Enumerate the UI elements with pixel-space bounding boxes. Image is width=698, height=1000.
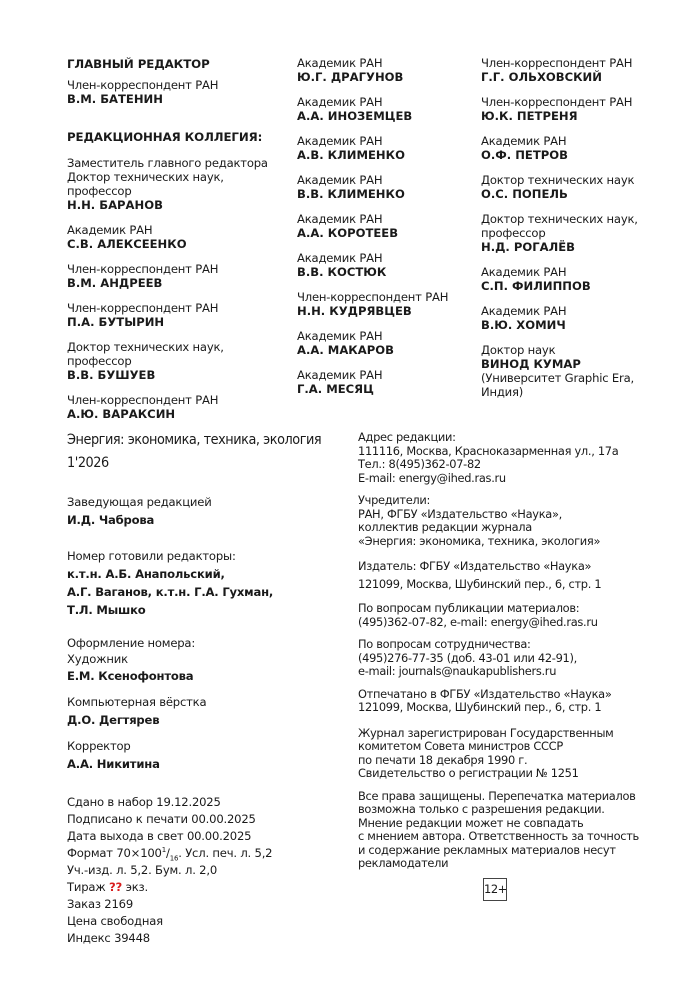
rights-block: Все права защищены. Перепечатка материал… — [358, 790, 678, 871]
text-line: по печати 18 декабря 1990 г. — [358, 754, 678, 768]
member-name: Г.А. МЕСЯЦ — [297, 382, 477, 396]
member-title: Академик РАН — [297, 95, 477, 109]
member-name: П.А. БУТЫРИН — [67, 315, 292, 329]
publisher-block: Издатель: ФГБУ «Издательство «Наука»1210… — [358, 557, 678, 593]
head-of-office-block: Заведующая редакцией И.Д. Чаброва — [67, 493, 347, 529]
imprint-index: Индекс 39448 — [67, 930, 347, 947]
chief-editor-role: Член-корреспондент РАН — [67, 78, 292, 92]
board-member: Заместитель главного редактораДоктор тех… — [67, 156, 292, 212]
member-title: Член-корреспондент РАН — [67, 301, 292, 315]
cooperation-contacts-block: По вопросам сотрудничества:(495)276-77-3… — [358, 638, 678, 679]
text-line: E-mail: energy@ihed.ras.ru — [358, 472, 678, 486]
text-line: РАН, ФГБУ «Издательство «Наука», — [358, 508, 678, 522]
board-member: Академик РАНА.А. МАКАРОВ — [297, 329, 477, 357]
member-title: профессор — [481, 226, 681, 240]
head-of-office-name: И.Д. Чаброва — [67, 511, 347, 529]
text-line: рекламодатели — [358, 857, 678, 871]
text-line: Отпечатано в ФГБУ «Издательство «Наука» — [358, 688, 678, 702]
board-member: Академик РАНГ.А. МЕСЯЦ — [297, 368, 477, 396]
member-name: В.В. КОСТЮК — [297, 265, 477, 279]
imprint-format: Формат 70×1001/16. Усл. печ. л. 5,2 — [67, 845, 347, 862]
board-members-list-1: Заместитель главного редактораДоктор тех… — [67, 156, 292, 421]
member-name: Ю.Г. ДРАГУНОВ — [297, 70, 477, 84]
registration-block: Журнал зарегистрирован Государственнымко… — [358, 727, 678, 781]
board-member: Доктор технических наук,профессорН.Д. РО… — [481, 212, 681, 254]
editors-line: Т.Л. Мышко — [67, 601, 347, 619]
member-title: Член-корреспондент РАН — [481, 95, 681, 109]
board-member: Доктор технических наук,профессорВ.В. БУ… — [67, 340, 292, 382]
text-line: Мнение редакции может не совпадать — [358, 817, 678, 831]
board-member: Член-корреспондент РАНП.А. БУТЫРИН — [67, 301, 292, 329]
member-title: Член-корреспондент РАН — [297, 290, 477, 304]
imprint-block: Сдано в набор 19.12.2025 Подписано к печ… — [67, 794, 347, 947]
member-title: Член-корреспондент РАН — [67, 393, 292, 407]
board-member: Академик РАНА.В. КЛИМЕНКО — [297, 134, 477, 162]
text-line: Свидетельство о регистрации № 1251 — [358, 767, 678, 781]
member-affiliation: (Университет Graphic Era, — [481, 371, 681, 385]
layout-name: Д.О. Дегтярев — [67, 711, 347, 729]
member-name: О.Ф. ПЕТРОВ — [481, 148, 681, 162]
member-name: В.В. КЛИМЕНКО — [297, 187, 477, 201]
board-member: Академик РАНЮ.Г. ДРАГУНОВ — [297, 56, 477, 84]
member-name: А.В. КЛИМЕНКО — [297, 148, 477, 162]
member-title: Доктор наук — [481, 343, 681, 357]
member-name: Г.Г. ОЛЬХОВСКИЙ — [481, 70, 681, 84]
member-name: С.П. ФИЛИППОВ — [481, 279, 681, 293]
imprint-signed: Подписано к печати 00.00.2025 — [67, 811, 347, 828]
editorial-column-2: Академик РАНЮ.Г. ДРАГУНОВАкадемик РАНА.А… — [297, 56, 477, 407]
board-member: Академик РАНС.П. ФИЛИППОВ — [481, 265, 681, 293]
proofreader-label: Корректор — [67, 737, 347, 755]
imprint-order: Заказ 2169 — [67, 896, 347, 913]
publication-contacts-block: По вопросам публикации материалов:(495)3… — [358, 602, 678, 629]
text-line: Учредители: — [358, 494, 678, 508]
board-member: Академик РАНВ.В. КОСТЮК — [297, 251, 477, 279]
member-title: Доктор технических наук, — [481, 212, 681, 226]
text-line: «Энергия: экономика, техника, экология» — [358, 535, 678, 549]
text-line: коллектив редакции журнала — [358, 521, 678, 535]
editorial-board-heading: РЕДАКЦИОННАЯ КОЛЛЕГИЯ: — [67, 130, 292, 144]
member-name: Н.Д. РОГАЛЁВ — [481, 240, 681, 254]
text-line: Тел.: 8(495)362-07-82 — [358, 458, 678, 472]
member-title: профессор — [67, 184, 292, 198]
editors-label: Номер готовили редакторы: — [67, 547, 347, 565]
design-label: Оформление номера: — [67, 635, 347, 651]
editorial-column-1: ГЛАВНЫЙ РЕДАКТОР Член-корреспондент РАН … — [67, 57, 292, 432]
artist-name: Е.М. Ксенофонтова — [67, 667, 347, 685]
editors-line: к.т.н. А.Б. Анапольский, — [67, 565, 347, 583]
member-name: С.В. АЛЕКСЕЕНКО — [67, 237, 292, 251]
member-name: ВИНОД КУМАР — [481, 357, 681, 371]
journal-title-block: Энергия: экономика, техника, экология 1'… — [67, 429, 325, 475]
editors-block: Номер готовили редакторы: к.т.н. А.Б. Ан… — [67, 547, 347, 619]
head-of-office-label: Заведующая редакцией — [67, 493, 347, 511]
member-title: Академик РАН — [297, 251, 477, 265]
member-title: Академик РАН — [297, 329, 477, 343]
artist-label: Художник — [67, 651, 347, 667]
chief-editor-block: ГЛАВНЫЙ РЕДАКТОР Член-корреспондент РАН … — [67, 57, 292, 106]
member-name: Н.Н. БАРАНОВ — [67, 198, 292, 212]
chief-editor-heading: ГЛАВНЫЙ РЕДАКТОР — [67, 57, 292, 71]
member-affiliation: Индия) — [481, 385, 681, 399]
proofreader-block: Корректор А.А. Никитина — [67, 737, 347, 773]
chief-editor-name: В.М. БАТЕНИН — [67, 92, 292, 106]
member-title: Академик РАН — [297, 173, 477, 187]
board-member: Член-корреспондент РАНГ.Г. ОЛЬХОВСКИЙ — [481, 56, 681, 84]
member-title: Академик РАН — [481, 134, 681, 148]
editors-line: А.Г. Ваганов, к.т.н. Г.А. Гухман, — [67, 583, 347, 601]
contacts-column: Адрес редакции:111116, Москва, Красноказ… — [358, 431, 678, 880]
text-line: По вопросам сотрудничества: — [358, 638, 678, 652]
text-line: Все права защищены. Перепечатка материал… — [358, 790, 678, 804]
text-line: комитетом Совета министров СССР — [358, 740, 678, 754]
age-rating-badge: 12+ — [483, 878, 507, 901]
member-name: В.В. БУШУЕВ — [67, 368, 292, 382]
text-line: Журнал зарегистрирован Государственным — [358, 727, 678, 741]
member-title: Доктор технических наук, — [67, 170, 292, 184]
member-title: Доктор технических наук, — [67, 340, 292, 354]
member-name: А.Ю. ВАРАКСИН — [67, 407, 292, 421]
board-member: Академик РАНА.А. ИНОЗЕМЦЕВ — [297, 95, 477, 123]
member-title: Академик РАН — [481, 265, 681, 279]
member-name: А.А. МАКАРОВ — [297, 343, 477, 357]
member-name: В.Ю. ХОМИЧ — [481, 318, 681, 332]
board-member: Член-корреспондент РАНН.Н. КУДРЯВЦЕВ — [297, 290, 477, 318]
text-line: 121099, Москва, Шубинский пер., 6, стр. … — [358, 575, 678, 593]
editorial-column-3: Член-корреспондент РАНГ.Г. ОЛЬХОВСКИЙЧле… — [481, 56, 681, 410]
journal-info: Энергия: экономика, техника, экология 1'… — [67, 429, 347, 947]
text-line: с мнением автора. Ответственность за точ… — [358, 830, 678, 844]
member-title: Академик РАН — [297, 368, 477, 382]
member-title: профессор — [67, 354, 292, 368]
board-member: Академик РАНС.В. АЛЕКСЕЕНКО — [67, 223, 292, 251]
member-title: Академик РАН — [297, 212, 477, 226]
member-name: А.А. КОРОТЕЕВ — [297, 226, 477, 240]
journal-issue: 1'2026 — [67, 452, 325, 475]
text-line: 121099, Москва, Шубинский пер., 6, стр. … — [358, 701, 678, 715]
member-name: Н.Н. КУДРЯВЦЕВ — [297, 304, 477, 318]
board-member: Член-корреспондент РАНВ.М. АНДРЕЕВ — [67, 262, 292, 290]
board-member: Академик РАНА.А. КОРОТЕЕВ — [297, 212, 477, 240]
board-member: Доктор технических наукО.С. ПОПЕЛЬ — [481, 173, 681, 201]
member-title: Академик РАН — [297, 134, 477, 148]
layout-label: Компьютерная вёрстка — [67, 693, 347, 711]
imprint-release: Дата выхода в свет 00.00.2025 — [67, 828, 347, 845]
imprint-sheets: Уч.-изд. л. 5,2. Бум. л. 2,0 — [67, 862, 347, 879]
imprint-typeset: Сдано в набор 19.12.2025 — [67, 794, 347, 811]
board-member: Академик РАНВ.В. КЛИМЕНКО — [297, 173, 477, 201]
editorial-address-block: Адрес редакции:111116, Москва, Красноказ… — [358, 431, 678, 485]
board-member: Член-корреспондент РАНЮ.К. ПЕТРЕНЯ — [481, 95, 681, 123]
imprint-print-run: Тираж ?? экз. — [67, 879, 347, 896]
member-title: Член-корреспондент РАН — [67, 262, 292, 276]
imprint-price: Цена свободная — [67, 913, 347, 930]
member-name: В.М. АНДРЕЕВ — [67, 276, 292, 290]
board-member: Член-корреспондент РАНА.Ю. ВАРАКСИН — [67, 393, 292, 421]
board-member: Академик РАНВ.Ю. ХОМИЧ — [481, 304, 681, 332]
text-line: и содержание рекламных материалов несут — [358, 844, 678, 858]
member-title: Академик РАН — [67, 223, 292, 237]
member-name: О.С. ПОПЕЛЬ — [481, 187, 681, 201]
board-members-list-3: Член-корреспондент РАНГ.Г. ОЛЬХОВСКИЙЧле… — [481, 56, 681, 399]
proofreader-name: А.А. Никитина — [67, 755, 347, 773]
founders-block: Учредители:РАН, ФГБУ «Издательство «Наук… — [358, 494, 678, 548]
text-line: Издатель: ФГБУ «Издательство «Наука» — [358, 557, 678, 575]
board-member: Доктор наукВИНОД КУМАР(Университет Graph… — [481, 343, 681, 399]
text-line: (495)362-07-82, e-mail: energy@ihed.ras.… — [358, 616, 678, 630]
text-line: e-mail: journals@naukapublishers.ru — [358, 665, 678, 679]
text-line: возможна только с разрешения редакции. — [358, 803, 678, 817]
printed-by-block: Отпечатано в ФГБУ «Издательство «Наука»1… — [358, 688, 678, 715]
layout-block: Компьютерная вёрстка Д.О. Дегтярев — [67, 693, 347, 729]
member-name: Ю.К. ПЕТРЕНЯ — [481, 109, 681, 123]
text-line: (495)276-77-35 (доб. 43-01 или 42-91), — [358, 652, 678, 666]
board-members-list-2: Академик РАНЮ.Г. ДРАГУНОВАкадемик РАНА.А… — [297, 56, 477, 396]
member-title: Член-корреспондент РАН — [481, 56, 681, 70]
member-title: Академик РАН — [297, 56, 477, 70]
text-line: Адрес редакции: — [358, 431, 678, 445]
board-member: Академик РАНО.Ф. ПЕТРОВ — [481, 134, 681, 162]
member-title: Академик РАН — [481, 304, 681, 318]
design-block: Оформление номера: Художник Е.М. Ксенофо… — [67, 635, 347, 685]
print-run-placeholder: ?? — [109, 880, 122, 894]
member-title: Заместитель главного редактора — [67, 156, 292, 170]
text-line: По вопросам публикации материалов: — [358, 602, 678, 616]
member-name: А.А. ИНОЗЕМЦЕВ — [297, 109, 477, 123]
journal-title: Энергия: экономика, техника, экология — [67, 429, 325, 452]
member-title: Доктор технических наук — [481, 173, 681, 187]
text-line: 111116, Москва, Красноказарменная ул., 1… — [358, 445, 678, 459]
